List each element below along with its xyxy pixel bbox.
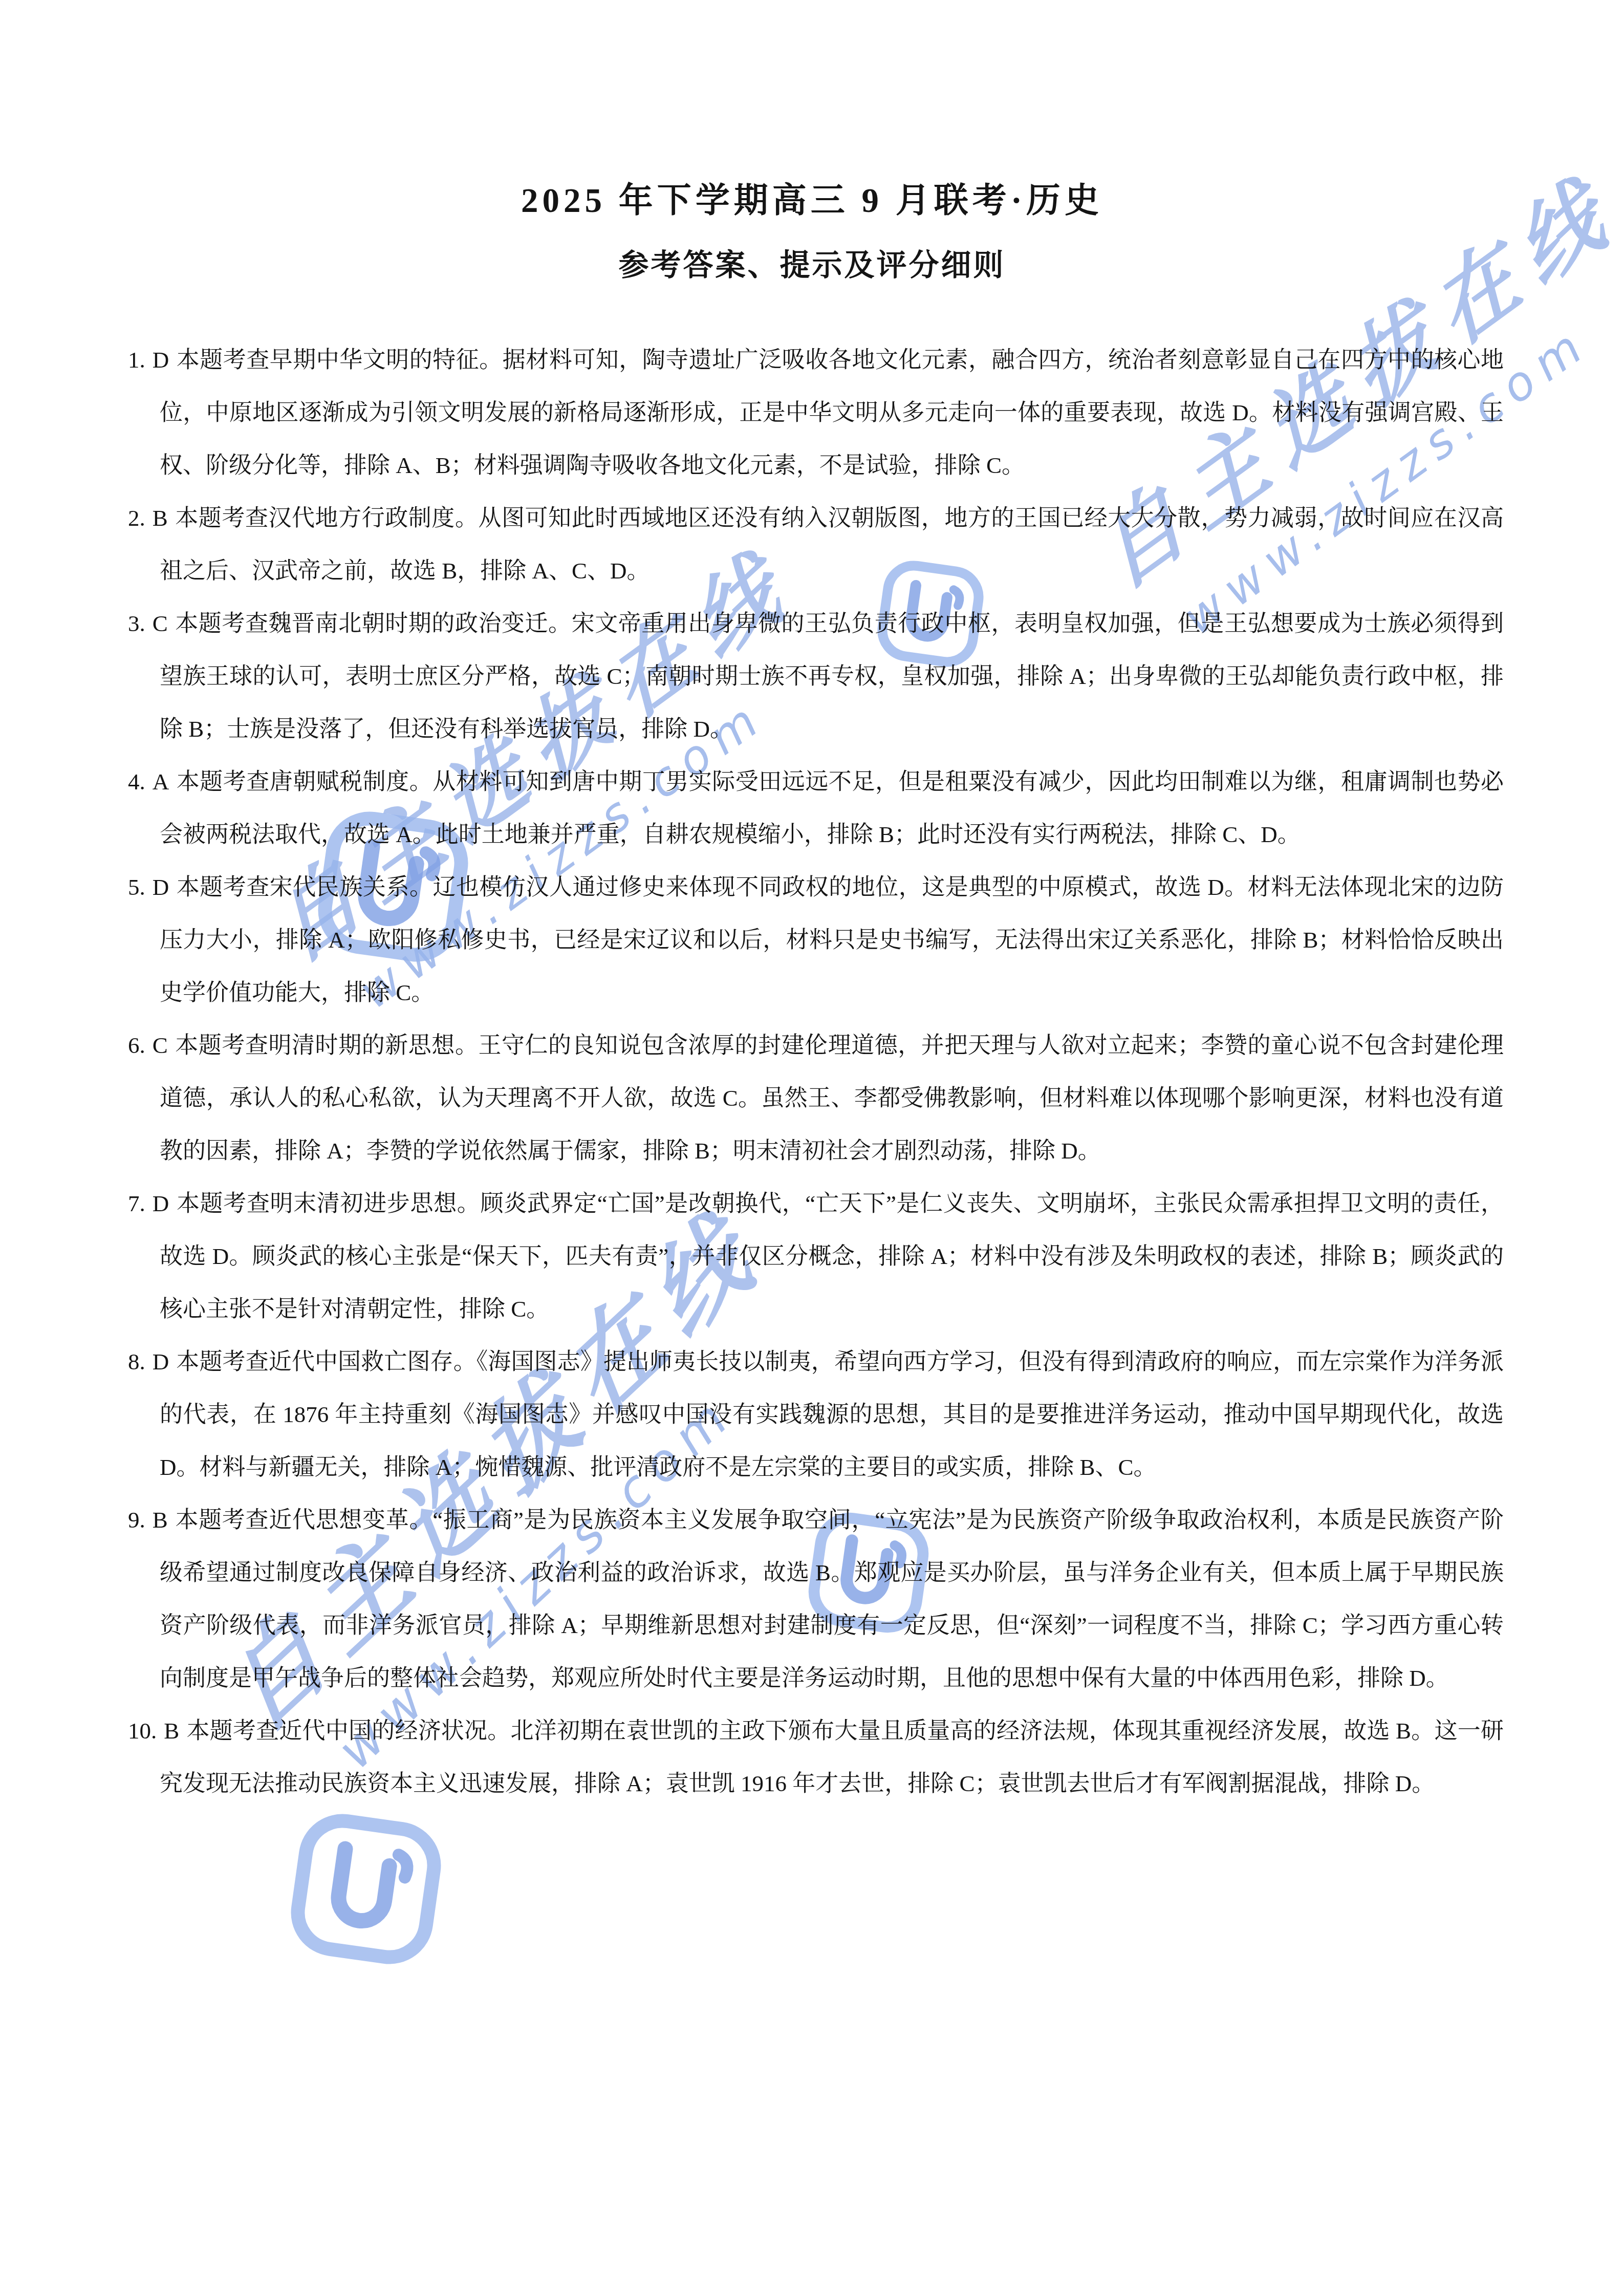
answer-letter: C bbox=[153, 611, 168, 636]
answer-letter: B bbox=[164, 1718, 179, 1744]
answer-number: 4. bbox=[128, 769, 145, 795]
answer-text: 本题考查唐朝赋税制度。从材料可知到唐中期丁男实际受田远远不足，但是租粟没有减少，… bbox=[160, 769, 1504, 847]
answer-item: 2.B本题考查汉代地方行政制度。从图可知此时西域地区还没有纳入汉朝版图，地方的王… bbox=[128, 492, 1504, 597]
answer-number: 9. bbox=[128, 1507, 145, 1533]
answer-text: 本题考查早期中华文明的特征。据材料可知，陶寺遗址广泛吸收各地文化元素，融合四方，… bbox=[160, 347, 1504, 478]
answer-text: 本题考查宋代民族关系。辽也模仿汉人通过修史来体现不同政权的地位，这是典型的中原模… bbox=[160, 874, 1504, 1005]
zizzs-logo-icon bbox=[277, 1802, 456, 1976]
answer-number: 6. bbox=[128, 1033, 145, 1058]
answer-number: 1. bbox=[128, 347, 145, 373]
answer-item: 1.D本题考查早期中华文明的特征。据材料可知，陶寺遗址广泛吸收各地文化元素，融合… bbox=[128, 334, 1504, 492]
answer-list: 1.D本题考查早期中华文明的特征。据材料可知，陶寺遗址广泛吸收各地文化元素，融合… bbox=[128, 334, 1504, 1810]
answer-number: 8. bbox=[128, 1349, 145, 1375]
answer-item: 7.D本题考查明末清初进步思想。顾炎武界定“亡国”是改朝换代，“亡天下”是仁义丧… bbox=[128, 1177, 1504, 1336]
answer-letter: D bbox=[153, 347, 169, 373]
answer-number: 5. bbox=[128, 874, 145, 900]
answer-text: 本题考查近代思想变革。“振工商”是为民族资本主义发展争取空间，“立宪法”是为民族… bbox=[160, 1507, 1504, 1691]
answer-number: 10. bbox=[128, 1718, 157, 1744]
page-subtitle: 参考答案、提示及评分细则 bbox=[0, 241, 1624, 284]
page-title: 2025 年下学期高三 9 月联考·历史 bbox=[0, 173, 1624, 222]
answer-number: 7. bbox=[128, 1191, 145, 1216]
answer-letter: D bbox=[153, 874, 169, 900]
answer-letter: A bbox=[153, 769, 169, 795]
answer-letter: C bbox=[153, 1033, 168, 1058]
answer-item: 8.D本题考查近代中国救亡图存。《海国图志》提出师夷长技以制夷，希望向西方学习，… bbox=[128, 1336, 1504, 1494]
answer-item: 10.B本题考查近代中国的经济状况。北洋初期在袁世凯的主政下颁布大量且质量高的经… bbox=[128, 1705, 1504, 1810]
answer-letter: D bbox=[153, 1349, 169, 1375]
document-header: 2025 年下学期高三 9 月联考·历史 参考答案、提示及评分细则 bbox=[0, 173, 1624, 284]
answer-letter: D bbox=[153, 1191, 169, 1216]
answer-item: 6.C本题考查明清时期的新思想。王守仁的良知说包含浓厚的封建伦理道德，并把天理与… bbox=[128, 1019, 1504, 1177]
answer-item: 9.B本题考查近代思想变革。“振工商”是为民族资本主义发展争取空间，“立宪法”是… bbox=[128, 1494, 1504, 1705]
answer-number: 2. bbox=[128, 505, 145, 531]
answer-item: 5.D本题考查宋代民族关系。辽也模仿汉人通过修史来体现不同政权的地位，这是典型的… bbox=[128, 861, 1504, 1019]
answer-letter: B bbox=[153, 505, 168, 531]
answer-text: 本题考查近代中国救亡图存。《海国图志》提出师夷长技以制夷，希望向西方学习，但没有… bbox=[160, 1349, 1504, 1480]
answer-text: 本题考查明清时期的新思想。王守仁的良知说包含浓厚的封建伦理道德，并把天理与人欲对… bbox=[160, 1033, 1504, 1164]
answer-text: 本题考查明末清初进步思想。顾炎武界定“亡国”是改朝换代，“亡天下”是仁义丧失、文… bbox=[160, 1191, 1504, 1322]
answer-item: 3.C本题考查魏晋南北朝时期的政治变迁。宋文帝重用出身卑微的王弘负责行政中枢，表… bbox=[128, 597, 1504, 756]
answer-letter: B bbox=[153, 1507, 168, 1533]
answer-text: 本题考查汉代地方行政制度。从图可知此时西域地区还没有纳入汉朝版图，地方的王国已经… bbox=[160, 505, 1504, 584]
answer-item: 4.A本题考查唐朝赋税制度。从材料可知到唐中期丁男实际受田远远不足，但是租粟没有… bbox=[128, 756, 1504, 861]
answer-text: 本题考查魏晋南北朝时期的政治变迁。宋文帝重用出身卑微的王弘负责行政中枢，表明皇权… bbox=[160, 611, 1504, 742]
answer-text: 本题考查近代中国的经济状况。北洋初期在袁世凯的主政下颁布大量且质量高的经济法规，… bbox=[160, 1718, 1504, 1796]
answer-number: 3. bbox=[128, 611, 145, 636]
